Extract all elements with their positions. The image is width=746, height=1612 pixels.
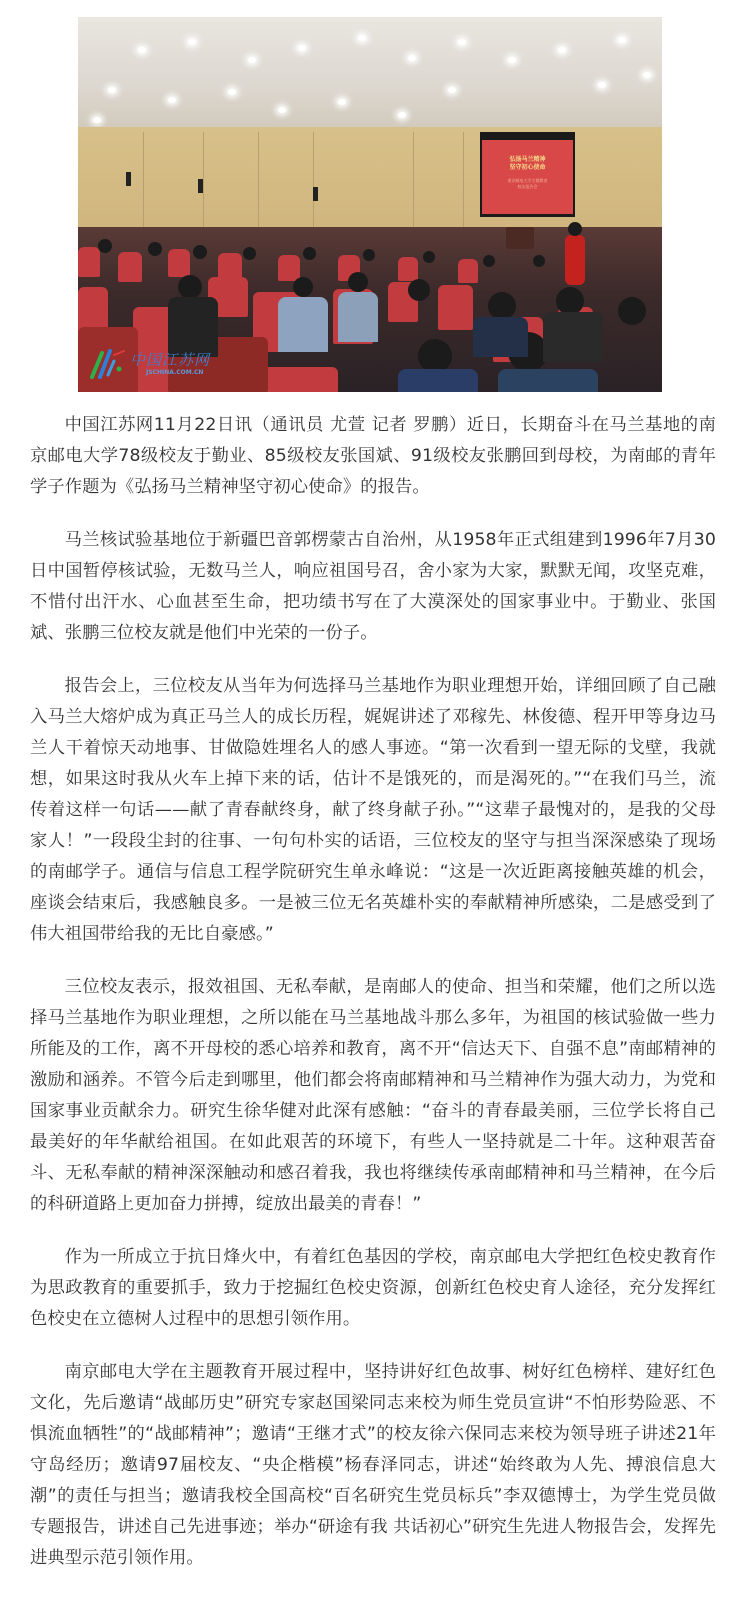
watermark-url: JSCHINA.COM.CN [146,369,203,376]
paragraph-lead: 中国江苏网11月22日讯（通讯员 尤萱 记者 罗鹏）近日，长期奋斗在马兰基地的南… [30,410,716,503]
paragraph-activities: 南京邮电大学在主题教育开展过程中，坚持讲好红色故事、树好红色榜样、建好红色文化，… [30,1357,716,1574]
projector-screen: 弘扬马兰精神 坚守初心使命 南京邮电大学主题教育 校友报告会 [480,132,575,217]
photo-ceiling [78,17,662,137]
jschina-logo-icon [88,347,128,379]
watermark-text: 中国江苏网 [130,349,210,370]
screen-title-line1: 弘扬马兰精神 [482,156,573,164]
paragraph-base-intro: 马兰核试验基地位于新疆巴音郭楞蒙古自治州，从1958年正式组建到1996年7月3… [30,525,716,649]
paragraph-red-history: 作为一所成立于抗日烽火中，有着红色基因的学校，南京邮电大学把红色校史教育作为思政… [30,1242,716,1335]
watermark: 中国江苏网 JSCHINA.COM.CN [88,347,218,382]
event-photo: 弘扬马兰精神 坚守初心使命 南京邮电大学主题教育 校友报告会 [78,17,662,392]
screen-title-line2: 坚守初心使命 [482,164,573,172]
article-body: 中国江苏网11月22日讯（通讯员 尤萱 记者 罗鹏）近日，长期奋斗在马兰基地的南… [30,410,716,1596]
paragraph-alumni-statement: 三位校友表示，报效祖国、无私奉献，是南邮人的使命、担当和荣耀，他们之所以选择马兰… [30,972,716,1220]
paragraph-report: 报告会上，三位校友从当年为何选择马兰基地作为职业理想开始，详细回顾了自己融入马兰… [30,671,716,950]
screen-subtitle-line2: 校友报告会 [482,184,573,190]
